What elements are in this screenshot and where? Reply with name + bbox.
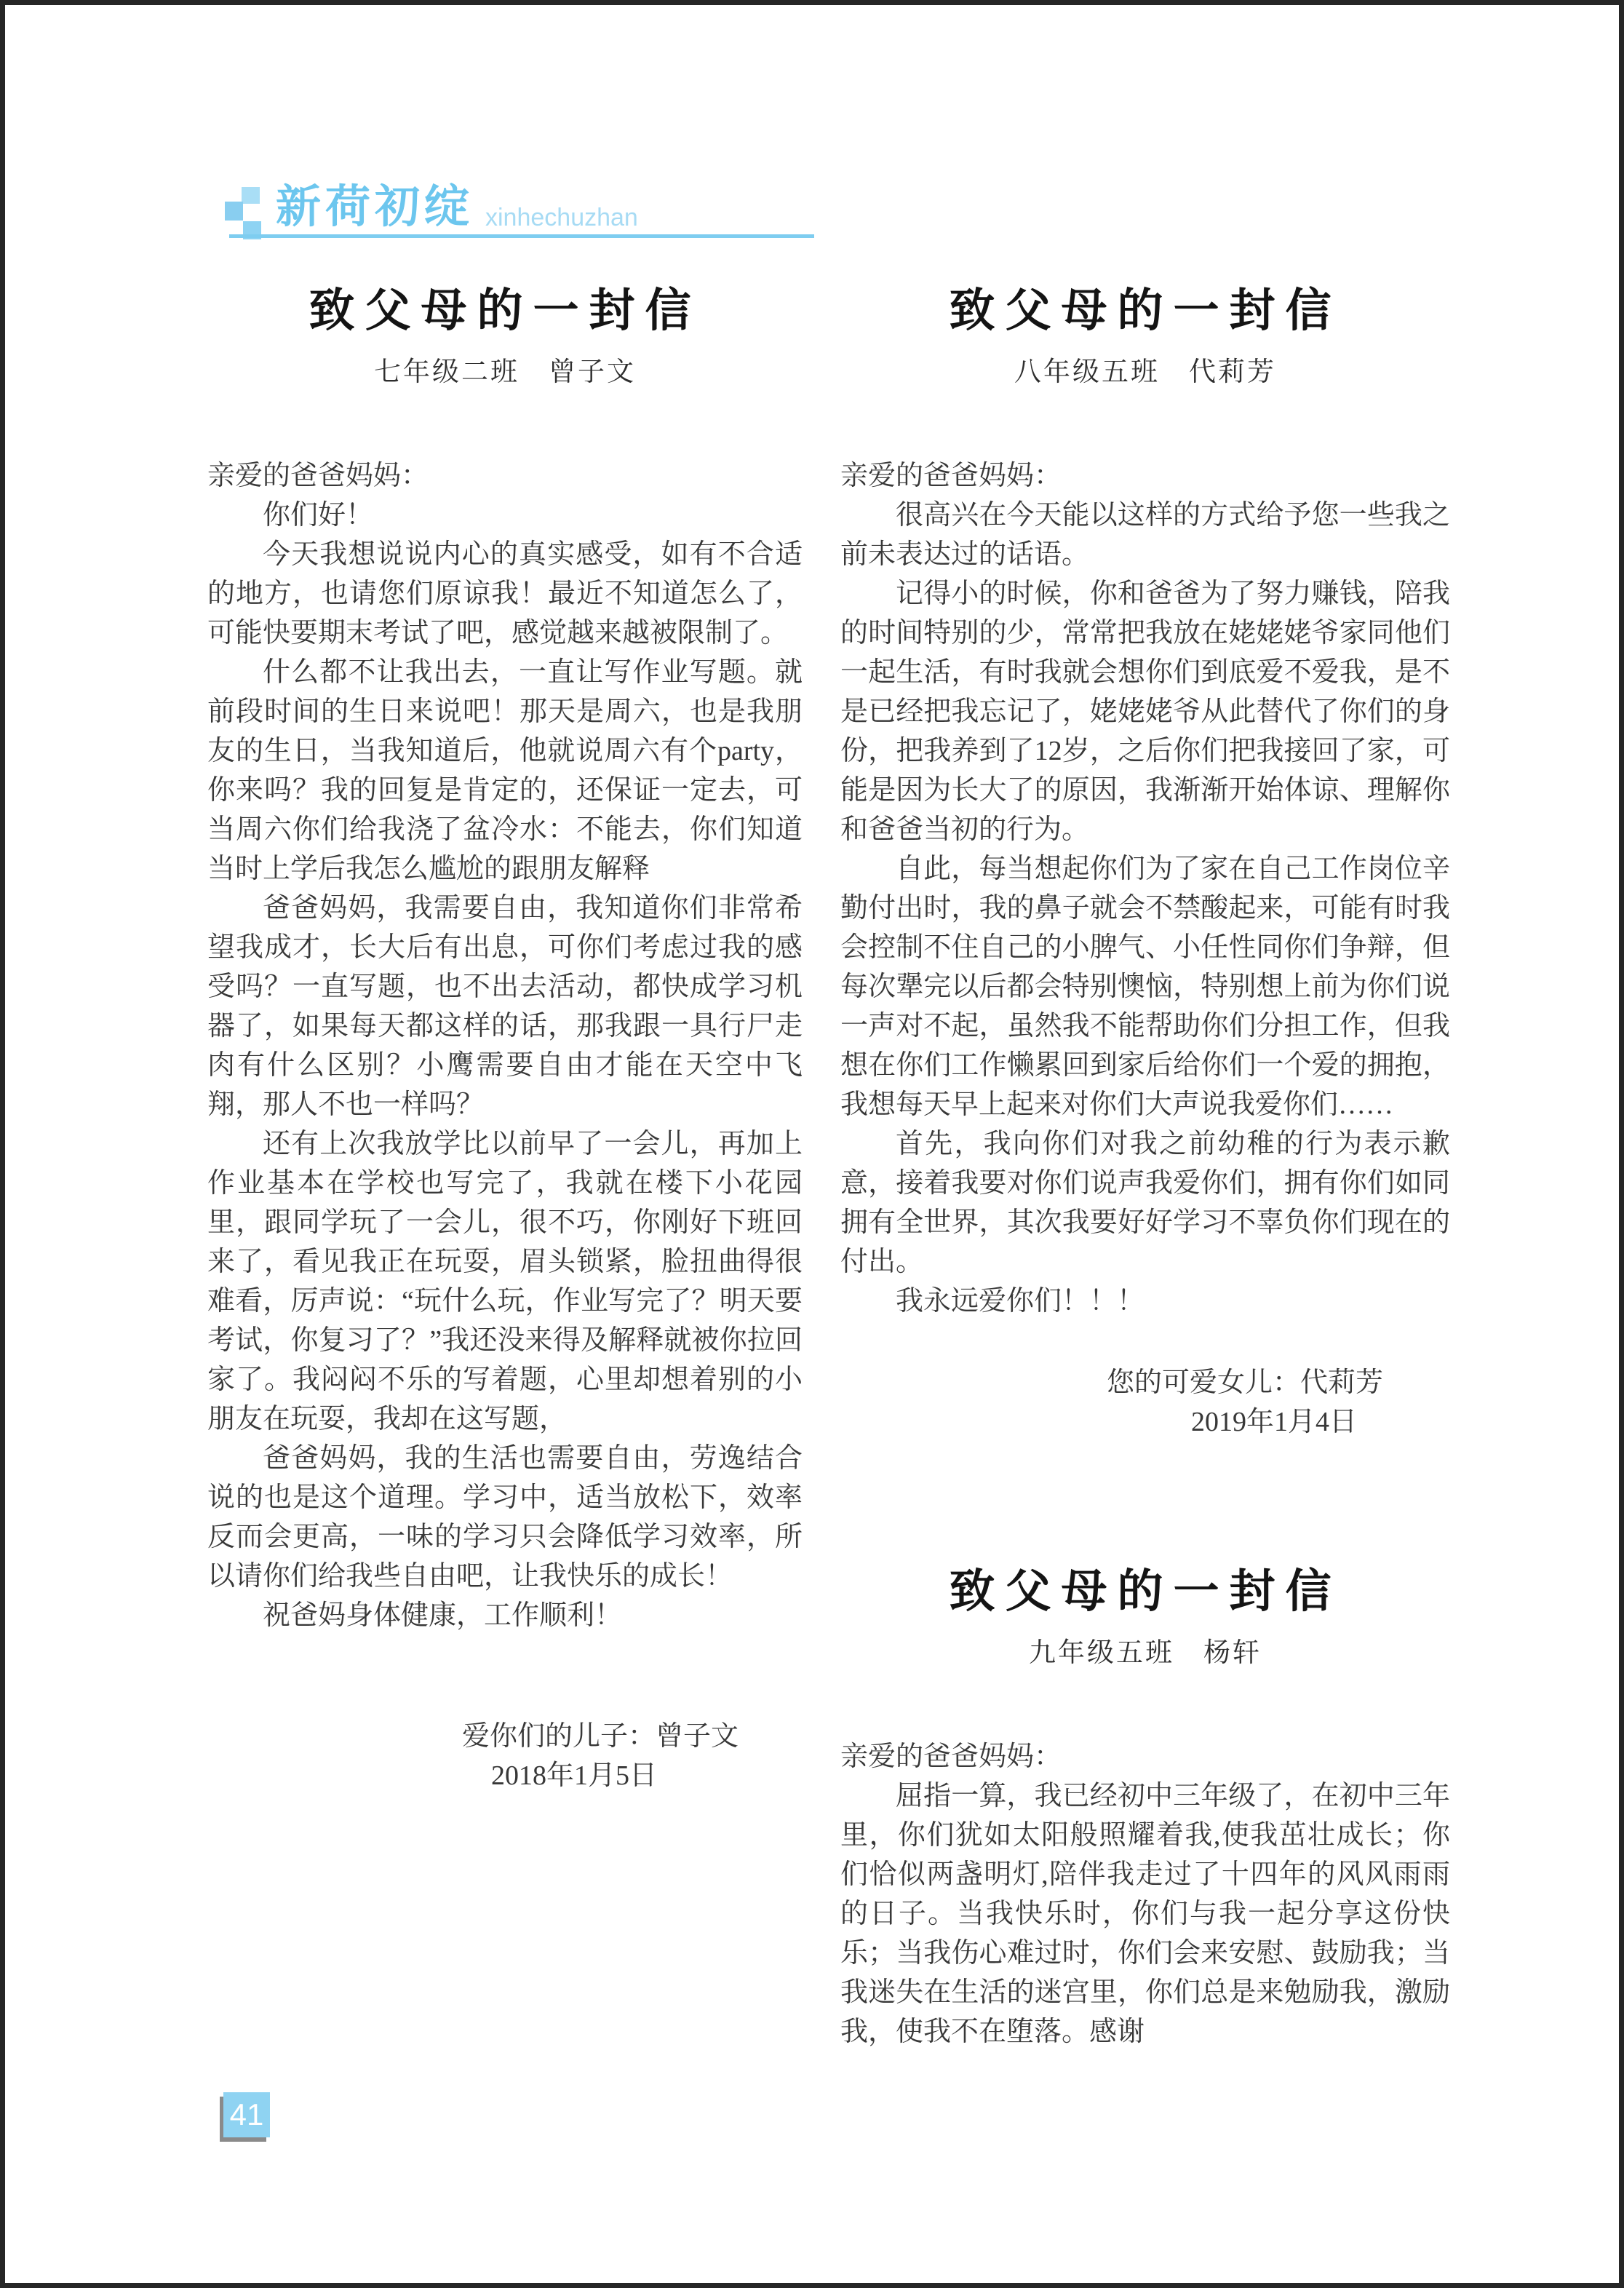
letter-2-paragraph: 记得小的时候，你和爸爸为了努力赚钱，陪我的时间特别的少，常常把我放在姥姥姥爷家同… [840,574,1450,849]
letter-2-salutation: 亲爱的爸爸妈妈： [840,456,1450,496]
brand-logo-icon [225,186,263,240]
header-underline [229,234,814,238]
letter-1-paragraph: 爸爸妈妈，我需要自由，我知道你们非常希望我成才，长大后有出息，可你们考虑过我的感… [207,889,803,1124]
brand-name: 新荷初绽 [276,184,474,231]
letter-2-paragraph: 很高兴在今天能以这样的方式给予您一些我之前未表达过的话语。 [840,496,1450,574]
letter-1-paragraph: 今天我想说说内心的真实感受，如有不合适的地方，也请您们原谅我！最近不知道怎么了，… [207,535,803,653]
page-number-badge: 41 [223,2092,270,2137]
column-left: 致父母的一封信 七年级二班 曾子文 亲爱的爸爸妈妈： 你们好！ 今天我想说说内心… [207,283,803,1795]
letter-1-paragraph: 你们好！ [207,496,803,535]
magazine-page: 新荷初绽 xinhechuzhan 致父母的一封信 七年级二班 曾子文 亲爱的爸… [0,0,1624,2288]
letter-3-byline: 九年级五班 杨轩 [840,1637,1450,1670]
letter-1-byline: 七年级二班 曾子文 [207,356,803,389]
letter-3: 致父母的一封信 九年级五班 杨轩 亲爱的爸爸妈妈： 屈指一算，我已经初中三年级了… [840,1564,1450,2051]
letter-1-title: 致父母的一封信 [207,283,803,338]
letter-2-date: 2019年1月4日 [840,1402,1450,1442]
letter-1: 致父母的一封信 七年级二班 曾子文 亲爱的爸爸妈妈： 你们好！ 今天我想说说内心… [207,283,803,1795]
letter-1-signoff: 爱你们的儿子：曾子文 [207,1717,803,1756]
letter-2-signoff: 您的可爱女儿：代莉芳 [840,1363,1450,1402]
letter-3-paragraph: 屈指一算，我已经初中三年级了，在初中三年里，你们犹如太阳般照耀着我,使我茁壮成长… [840,1776,1450,2051]
letter-1-paragraph: 还有上次我放学比以前早了一会儿，再加上作业基本在学校也写完了，我就在楼下小花园里… [207,1124,803,1439]
letter-2: 致父母的一封信 八年级五班 代莉芳 亲爱的爸爸妈妈： 很高兴在今天能以这样的方式… [840,283,1450,1442]
brand-pinyin: xinhechuzhan [485,204,638,231]
logo-square-top [242,187,260,204]
logo-square-left [225,202,243,221]
letter-2-paragraph: 首先，我向你们对我之前幼稚的行为表示歉意，接着我要对你们说声我爱你们，拥有你们如… [840,1124,1450,1282]
letter-3-title: 致父母的一封信 [840,1564,1450,1619]
letter-2-paragraph: 我永远爱你们！！！ [840,1282,1450,1321]
letter-1-date: 2018年1月5日 [207,1756,803,1795]
letter-1-salutation: 亲爱的爸爸妈妈： [207,456,803,496]
letter-1-paragraph: 祝爸妈身体健康，工作顺利！ [207,1596,803,1635]
letter-1-paragraph: 什么都不让我出去，一直让写作业写题。就前段时间的生日来说吧！那天是周六，也是我朋… [207,653,803,889]
letter-2-byline: 八年级五班 代莉芳 [840,356,1450,389]
column-right: 致父母的一封信 八年级五班 代莉芳 亲爱的爸爸妈妈： 很高兴在今天能以这样的方式… [840,283,1450,2051]
letter-2-paragraph: 自此，每当想起你们为了家在自己工作岗位辛勤付出时，我的鼻子就会不禁酸起来，可能有… [840,849,1450,1124]
letter-1-paragraph: 爸爸妈妈，我的生活也需要自由，劳逸结合说的也是这个道理。学习中，适当放松下，效率… [207,1439,803,1596]
letter-3-salutation: 亲爱的爸爸妈妈： [840,1737,1450,1776]
letter-2-title: 致父母的一封信 [840,283,1450,338]
